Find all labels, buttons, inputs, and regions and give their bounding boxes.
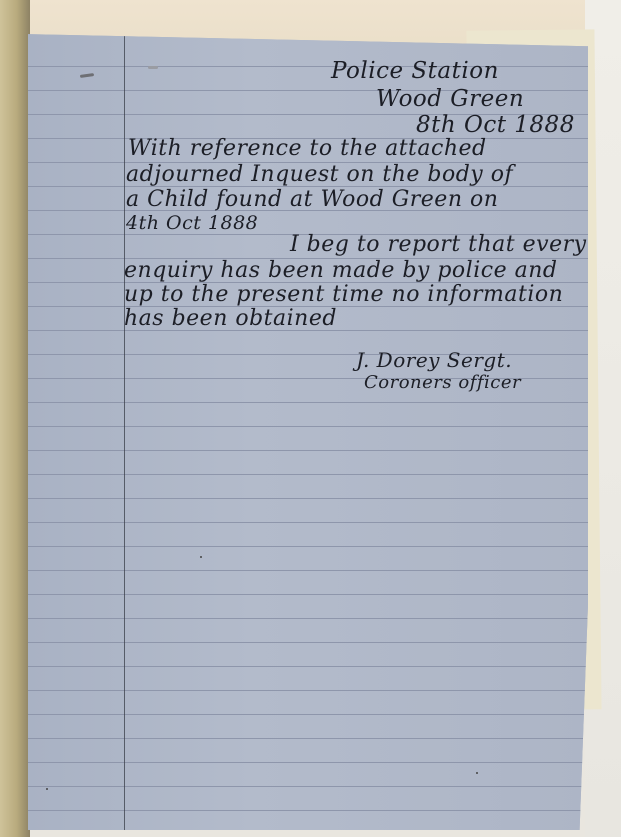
body-line-7: up to the present time no information xyxy=(124,282,563,307)
body-line-4: 4th Oct 1888 xyxy=(126,212,258,234)
staple-hole-icon xyxy=(80,73,94,78)
signature-title: Coroners officer xyxy=(364,372,521,393)
body-line-2: adjourned Inquest on the body of xyxy=(126,162,513,187)
staple-icon xyxy=(148,66,158,69)
ink-speck xyxy=(46,788,48,790)
body-line-6: enquiry has been made by police and xyxy=(124,258,557,283)
ink-speck xyxy=(200,556,202,558)
header-police-station: Police Station xyxy=(331,58,499,84)
backdrop-left-binder-edge xyxy=(0,0,30,837)
header-date: 8th Oct 1888 xyxy=(416,112,575,138)
body-line-3: a Child found at Wood Green on xyxy=(126,187,498,212)
header-location: Wood Green xyxy=(376,86,524,112)
body-line-8: has been obtained xyxy=(124,306,337,331)
body-line-5: I beg to report that every xyxy=(290,232,587,257)
margin-rule xyxy=(124,22,125,830)
ink-speck xyxy=(476,772,478,774)
body-line-1: With reference to the attached xyxy=(128,136,487,161)
signature-name: J. Dorey Sergt. xyxy=(356,348,512,372)
document-page: Police Station Wood Green 8th Oct 1888 W… xyxy=(28,22,588,830)
